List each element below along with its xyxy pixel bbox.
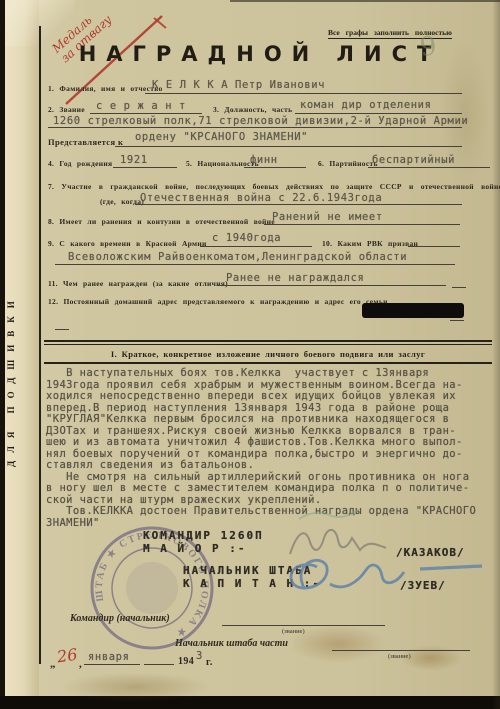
- form-left-border: [39, 26, 41, 664]
- underline: [144, 664, 174, 665]
- chief-autograph: [270, 552, 485, 607]
- underline: [264, 224, 460, 225]
- commander-unit-line: КОМАНДИР 1260П: [143, 529, 264, 542]
- underline: [332, 650, 470, 651]
- field-9-label: 9. С какого времени в Красной Армии: [48, 239, 207, 248]
- underline: [244, 167, 306, 168]
- field-5-value: финн: [250, 154, 278, 166]
- field-11-label: 11. Чем ранее награжден (за какие отличи…: [48, 279, 228, 288]
- field-7-label: 7. Участие в гражданской войне, последую…: [48, 182, 500, 191]
- field-10-value: Всеволожским Райвоенкоматом,Ленинградско…: [68, 251, 407, 263]
- presented-for-value: ордену "КРСАНОГО ЗНАМЕНИ": [135, 131, 308, 143]
- redaction-bar: [362, 303, 464, 318]
- date-year-printed: 194: [178, 656, 194, 667]
- field-3-label: 3. Должность, часть: [213, 105, 292, 114]
- rank-hint: (звание): [282, 628, 305, 635]
- date-comma: ,: [79, 658, 82, 670]
- underline: [450, 320, 464, 321]
- unit-line-value: 1260 стрелковый полк,71 стрелковой дивиз…: [53, 115, 468, 127]
- field-2-label: 2. Звание: [48, 105, 85, 114]
- presented-for-label: Представляется к: [48, 137, 123, 147]
- underline: [55, 264, 455, 265]
- field-12-label: 12. Постоянный домашний адрес представля…: [48, 297, 388, 306]
- underline: [113, 167, 177, 168]
- field-1-value: К Е Л К К А Петр Иванович: [152, 79, 325, 91]
- date-open-quote: „: [50, 658, 56, 670]
- date-year-typed-digit: 3: [196, 650, 203, 662]
- underline: [84, 664, 140, 665]
- underline: [55, 329, 69, 330]
- field-10-label: 10. Каким РВК призван: [322, 239, 418, 248]
- underline: [218, 285, 446, 286]
- field-7-value: Отечественная война с 22.6.1943года: [140, 192, 382, 204]
- section-rule-top: [44, 340, 492, 342]
- underline: [222, 625, 385, 626]
- field-11-value: Ранее не награждался: [226, 272, 364, 284]
- award-sheet-document: ДЛЯ ПОДШИВКИ Медаль за отвагу Все графы …: [0, 0, 500, 709]
- pencil-mark: 9: [418, 31, 438, 63]
- footer-chief-label: Начальник штаба части: [175, 638, 288, 649]
- scan-edge-bottom: [0, 696, 500, 709]
- underline: [408, 246, 460, 247]
- underline: [115, 146, 462, 147]
- date-day-handwritten: 26: [56, 645, 79, 667]
- margin-vertical-text: ДЛЯ ПОДШИВКИ: [6, 252, 16, 467]
- underline: [295, 113, 462, 114]
- underline: [90, 113, 202, 114]
- field-4-value: 1921: [120, 154, 148, 166]
- underline: [48, 127, 462, 128]
- field-3-value: коман дир отделения: [300, 99, 432, 111]
- underline: [452, 287, 466, 288]
- section-rule-bottom: [44, 362, 492, 364]
- underline: [145, 93, 462, 94]
- rank-hint: (звание): [388, 653, 411, 660]
- underline: [135, 204, 462, 205]
- field-6-value: беспартийный: [372, 154, 455, 166]
- field-8-value: Ранений не имеет: [272, 211, 383, 223]
- commander-rank-line: М А Й О Р :-: [143, 542, 246, 555]
- footer-commander-label: Командир (начальник): [70, 613, 170, 624]
- field-8-label: 8. Имеет ли ранения и контузии в отечест…: [48, 217, 275, 226]
- field-4-label: 4. Год рождения: [48, 159, 112, 168]
- scan-edge-top: [230, 0, 500, 2]
- citation-body: В наступательных боях тов.Келкка участву…: [46, 368, 498, 529]
- section-header: I. Краткое, конкретное изложение личного…: [44, 349, 492, 359]
- date-month: января: [88, 651, 130, 663]
- scan-edge-right: [492, 0, 500, 709]
- page-title: НАГРАДНОЙ ЛИСТ: [60, 42, 460, 66]
- underline: [200, 246, 312, 247]
- field-2-value: с е р ж а н т: [96, 100, 186, 112]
- section-rule-top2: [44, 344, 492, 345]
- field-1-label: 1. Фамилия, имя и отчество: [48, 84, 163, 93]
- date-suffix: г.: [206, 657, 213, 668]
- underline: [368, 167, 490, 168]
- field-9-value: с 1940года: [212, 232, 281, 244]
